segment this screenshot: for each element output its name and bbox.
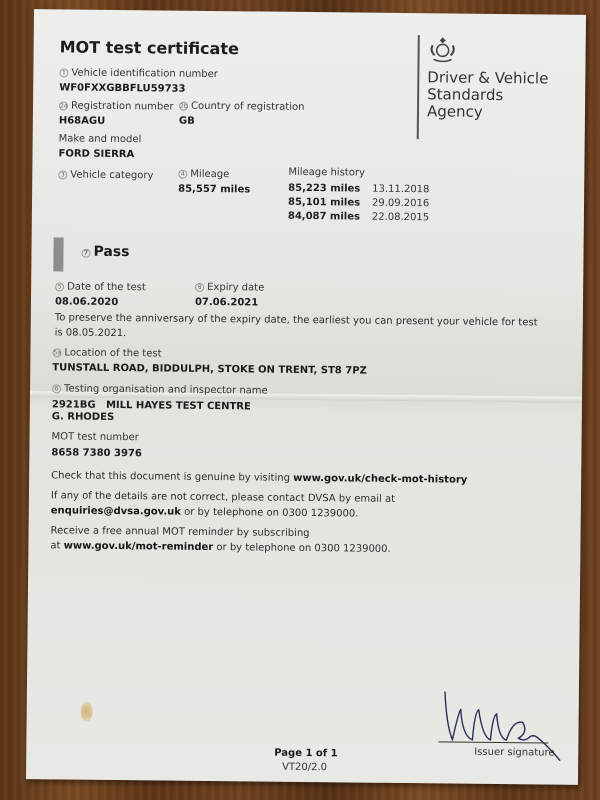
form-code: VT20/2.0: [282, 762, 327, 773]
paper-stain: [81, 702, 93, 722]
inspector-name: G. RHODES: [52, 411, 115, 423]
test-number-value: 8658 7380 3976: [51, 447, 142, 459]
mileage-history-label: Mileage history: [288, 167, 365, 179]
field-number-icon: 2b: [179, 102, 188, 111]
vehicle-category-label: 3Vehicle category: [58, 169, 153, 181]
location-label: 5aLocation of the test: [52, 347, 161, 359]
make-model-label: Make and model: [59, 133, 142, 145]
field-number-icon: 5a: [52, 348, 61, 357]
expiry-date-label: 8Expiry date: [195, 282, 264, 294]
contact-text: If any of the details are not correct, p…: [51, 488, 531, 523]
check-genuine-text: Check that this document is genuine by v…: [51, 468, 467, 487]
field-number-icon: 7: [81, 249, 90, 258]
mileage-history-list: 85,223 miles13.11.2018 85,101 miles29.09…: [288, 182, 430, 225]
vin-value: WF0FXXGBBFLU59733: [59, 82, 185, 94]
field-number-icon: 3: [58, 170, 67, 179]
field-number-icon: 6: [52, 384, 61, 393]
country-value: GB: [179, 116, 195, 127]
organisation-value: 2921BG MILL HAYES TEST CENTRE: [52, 399, 251, 412]
country-label: 2bCountry of registration: [179, 101, 305, 113]
mileage-history-row: 85,101 miles29.09.2016: [288, 196, 429, 211]
page-number: Page 1 of 1: [274, 748, 337, 760]
enquiries-email-link[interactable]: enquiries@dvsa.gov.uk: [51, 505, 181, 517]
test-number-label: MOT test number: [52, 431, 139, 443]
issuer-signature-label: Issuer signature: [474, 747, 554, 759]
anniversary-note: To preserve the anniversary of the expir…: [55, 310, 545, 345]
mileage-value: 85,557 miles: [178, 184, 250, 196]
mileage-history-row: 85,223 miles13.11.2018: [288, 182, 429, 197]
field-number-icon: 8: [195, 283, 204, 292]
mileage-label: 4Mileage: [178, 169, 229, 181]
mot-certificate-paper: MOT test certificate Driver & Vehicle St…: [26, 9, 586, 785]
make-model-value: FORD SIERRA: [58, 148, 134, 160]
test-date-value: 08.06.2020: [55, 296, 118, 308]
registration-label: 2aRegistration number: [59, 100, 174, 112]
reminder-text: Receive a free annual MOT reminder by su…: [50, 523, 530, 558]
document-title: MOT test certificate: [60, 37, 239, 58]
royal-crest-icon: [428, 35, 458, 63]
location-value: TUNSTALL ROAD, BIDDULPH, STOKE ON TRENT,…: [52, 362, 367, 376]
field-number-icon: 1: [59, 68, 68, 77]
vin-label: 1Vehicle identification number: [59, 67, 218, 80]
result-status: 7Pass: [81, 244, 129, 261]
field-number-icon: 2a: [59, 101, 68, 110]
dvsa-logo: Driver & Vehicle Standards Agency: [417, 35, 549, 140]
mileage-history-row: 84,087 miles22.08.2015: [288, 210, 429, 225]
field-number-icon: 5: [55, 282, 64, 291]
registration-value: H68AGU: [59, 115, 105, 126]
agency-name: Driver & Vehicle Standards Agency: [427, 69, 549, 121]
mot-reminder-link[interactable]: www.gov.uk/mot-reminder: [64, 540, 214, 553]
organisation-label: 6Testing organisation and inspector name: [52, 383, 268, 396]
check-mot-history-link[interactable]: www.gov.uk/check-mot-history: [293, 473, 467, 486]
test-date-label: 5Date of the test: [55, 281, 146, 293]
field-number-icon: 4: [178, 170, 187, 179]
expiry-date-value: 07.06.2021: [195, 297, 258, 309]
result-status-bar: [53, 237, 63, 271]
